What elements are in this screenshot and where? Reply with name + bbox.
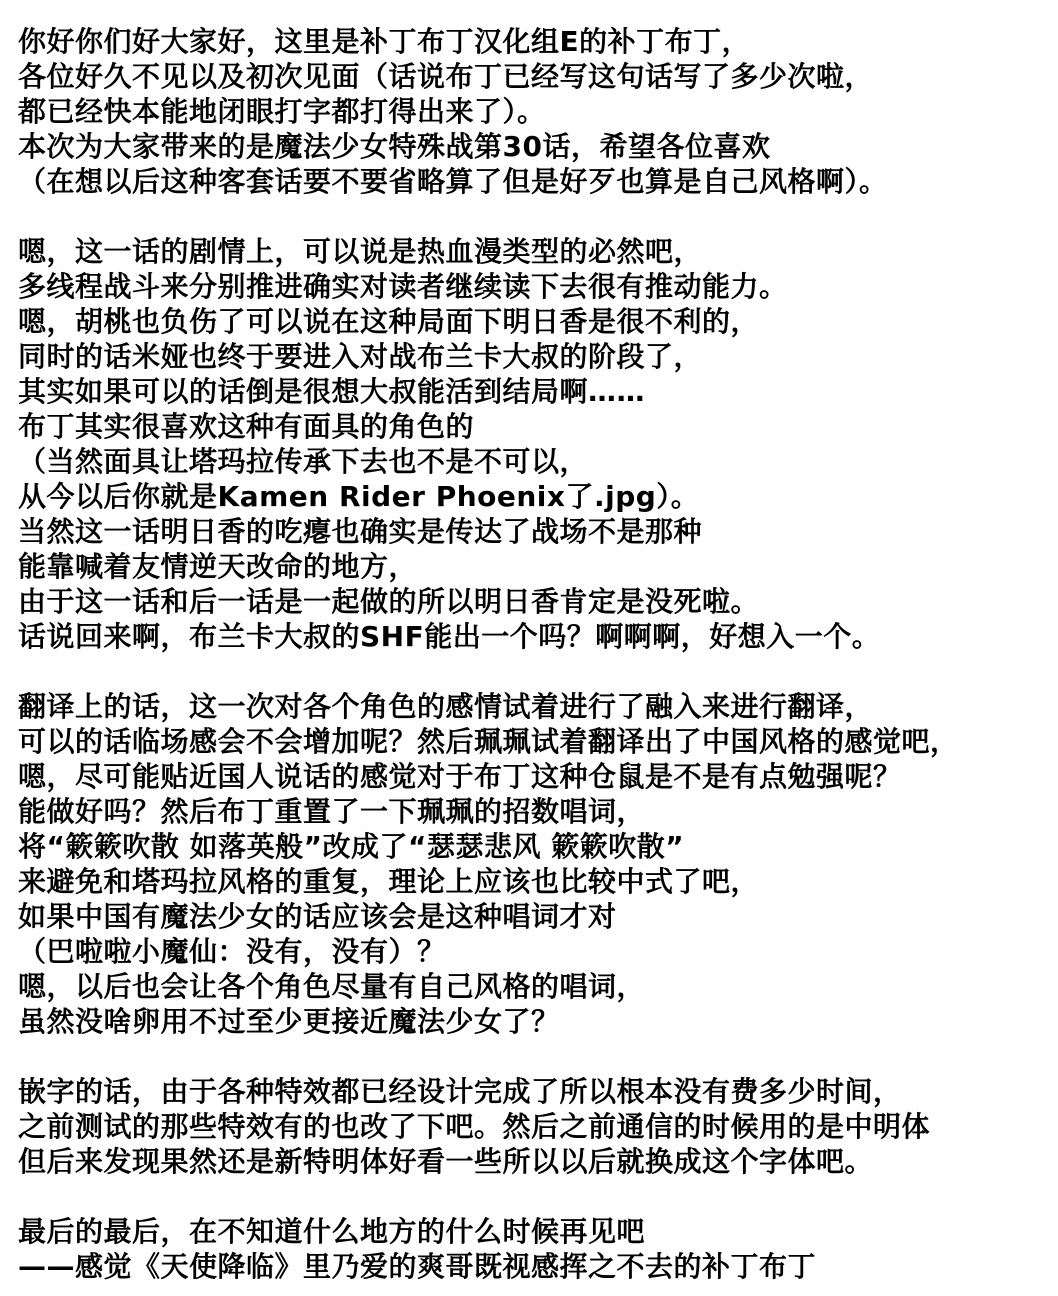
- text-line: 最后的最后，在不知道什么地方的什么时候再见吧: [18, 1214, 1048, 1249]
- paragraph-typesetting-notes: 嵌字的话，由于各种特效都已经设计完成了所以根本没有费多少时间，之前测试的那些特效…: [18, 1074, 1048, 1179]
- paragraph-translation-notes: 翻译上的话，这一次对各个角色的感情试着进行了融入来进行翻译，可以的话临场感会不会…: [18, 689, 1048, 1039]
- text-line: ——感觉《天使降临》里乃爱的爽哥既视感挥之不去的补丁布丁: [18, 1249, 1048, 1284]
- text-line: 各位好久不见以及初次见面（话说布丁已经写这句话写了多少次啦，: [18, 59, 1048, 94]
- text-line: 嗯，尽可能贴近国人说话的感觉对于布丁这种仓鼠是不是有点勉强呢？: [18, 759, 1048, 794]
- text-line: 嗯，胡桃也负伤了可以说在这种局面下明日香是很不利的，: [18, 304, 1048, 339]
- paragraph-story-notes: 嗯，这一话的剧情上，可以说是热血漫类型的必然吧，多线程战斗来分别推进确实对读者继…: [18, 234, 1048, 654]
- text-line: 同时的话米娅也终于要进入对战布兰卡大叔的阶段了，: [18, 339, 1048, 374]
- paragraph-signoff: 最后的最后，在不知道什么地方的什么时候再见吧——感觉《天使降临》里乃爱的爽哥既视…: [18, 1214, 1048, 1284]
- text-line: 多线程战斗来分别推进确实对读者继续读下去很有推动能力。: [18, 269, 1048, 304]
- text-line: 之前测试的那些特效有的也改了下吧。然后之前通信的时候用的是中明体: [18, 1109, 1048, 1144]
- text-line: 嵌字的话，由于各种特效都已经设计完成了所以根本没有费多少时间，: [18, 1074, 1048, 1109]
- text-line: 嗯，这一话的剧情上，可以说是热血漫类型的必然吧，: [18, 234, 1048, 269]
- text-line: 能做好吗？然后布丁重置了一下珮珮的招数唱词，: [18, 794, 1048, 829]
- text-line: 如果中国有魔法少女的话应该会是这种唱词才对: [18, 899, 1048, 934]
- text-line: 本次为大家带来的是魔法少女特殊战第30话，希望各位喜欢: [18, 129, 1048, 164]
- text-line: 能靠喊着友情逆天改命的地方，: [18, 549, 1048, 584]
- afterword-page: 你好你们好大家好，这里是补丁布丁汉化组E的补丁布丁，各位好久不见以及初次见面（话…: [0, 0, 1058, 1284]
- text-line: 虽然没啥卵用不过至少更接近魔法少女了？: [18, 1004, 1048, 1039]
- text-line: （巴啦啦小魔仙：没有，没有）？: [18, 934, 1048, 969]
- text-line: 当然这一话明日香的吃瘪也确实是传达了战场不是那种: [18, 514, 1048, 549]
- text-line: 布丁其实很喜欢这种有面具的角色的: [18, 409, 1048, 444]
- text-line: 翻译上的话，这一次对各个角色的感情试着进行了融入来进行翻译，: [18, 689, 1048, 724]
- text-line: 由于这一话和后一话是一起做的所以明日香肯定是没死啦。: [18, 584, 1048, 619]
- paragraph-greeting: 你好你们好大家好，这里是补丁布丁汉化组E的补丁布丁，各位好久不见以及初次见面（话…: [18, 24, 1048, 199]
- text-line: 都已经快本能地闭眼打字都打得出来了）。: [18, 94, 1048, 129]
- text-line: （在想以后这种客套话要不要省略算了但是好歹也算是自己风格啊）。: [18, 164, 1048, 199]
- text-line: 你好你们好大家好，这里是补丁布丁汉化组E的补丁布丁，: [18, 24, 1048, 59]
- text-line: 其实如果可以的话倒是很想大叔能活到结局啊……: [18, 374, 1048, 409]
- text-line: 来避免和塔玛拉风格的重复，理论上应该也比较中式了吧，: [18, 864, 1048, 899]
- text-line: 嗯，以后也会让各个角色尽量有自己风格的唱词，: [18, 969, 1048, 1004]
- text-line: 可以的话临场感会不会增加呢？然后珮珮试着翻译出了中国风格的感觉吧，: [18, 724, 1048, 759]
- text-line: 但后来发现果然还是新特明体好看一些所以以后就换成这个字体吧。: [18, 1144, 1048, 1179]
- text-line: 从今以后你就是Kamen Rider Phoenix了.jpg）。: [18, 479, 1048, 514]
- text-line: （当然面具让塔玛拉传承下去也不是不可以，: [18, 444, 1048, 479]
- text-line: 将“簌簌吹散 如落英般”改成了“瑟瑟悲风 簌簌吹散”: [18, 829, 1048, 864]
- text-line: 话说回来啊，布兰卡大叔的SHF能出一个吗？啊啊啊，好想入一个。: [18, 619, 1048, 654]
